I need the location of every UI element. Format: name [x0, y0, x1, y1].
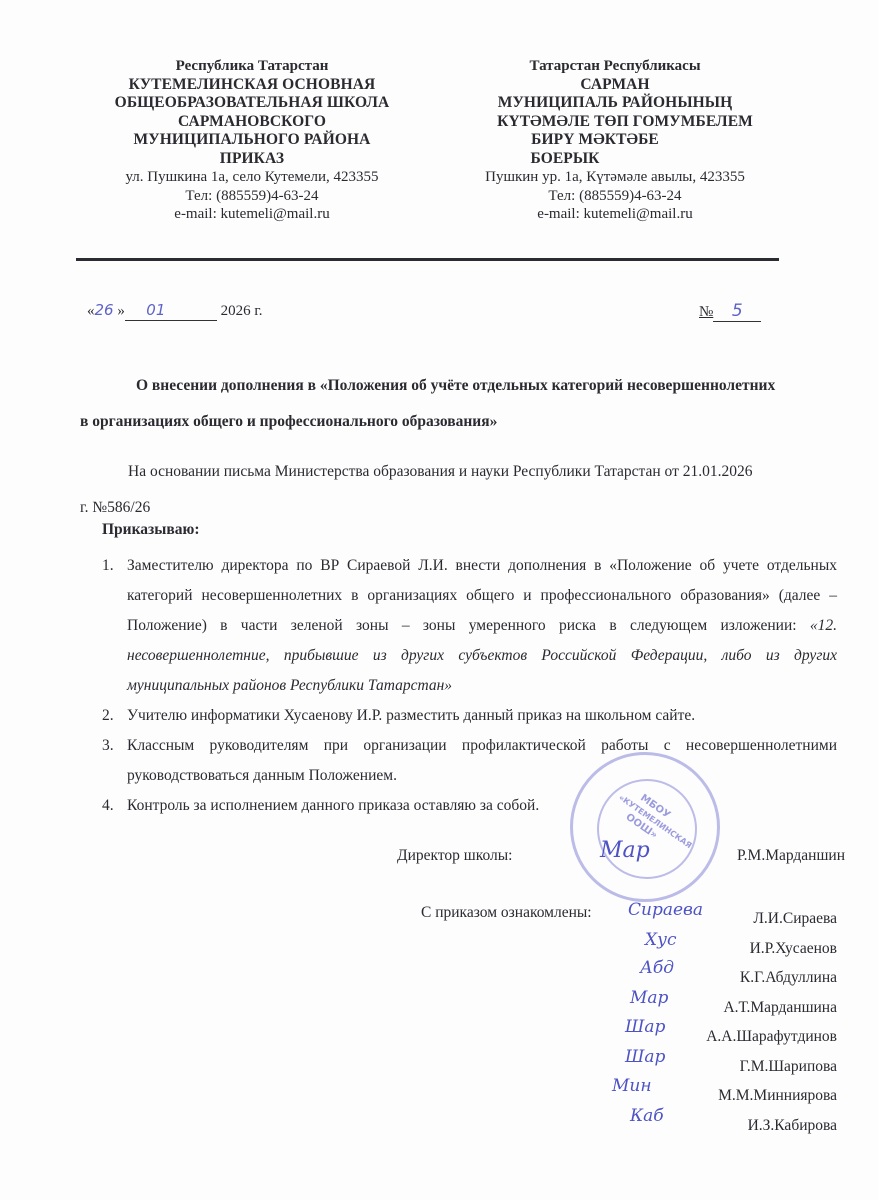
- ack-name: И.Р.Хусаенов: [706, 934, 837, 964]
- header-right: Татарстан Республикасы САРМАН МУНИЦИПАЛЬ…: [455, 57, 775, 224]
- item-text: Учителю информатики Хусаенову И.Р. разме…: [127, 707, 695, 724]
- date-day: 26: [95, 301, 114, 319]
- org-line: КҮТӘМӘЛЕ ТӨП ГОМУМБЕЛЕМ: [455, 113, 775, 132]
- order-items: 1. Заместителю директора по ВР Сираевой …: [102, 551, 837, 821]
- basis-line: На основании письма Министерства образов…: [80, 454, 840, 490]
- org-line: КУТЕМЕЛИНСКАЯ ОСНОВНАЯ: [92, 76, 412, 95]
- doc-type: БОЕРЫК: [455, 150, 775, 169]
- director-signature: Мар: [600, 838, 650, 863]
- order-item-2: 2. Учителю информатики Хусаенову И.Р. ра…: [102, 701, 837, 731]
- signature: Хус: [645, 930, 677, 950]
- email: e-mail: kutemeli@mail.ru: [92, 205, 412, 224]
- org-line: САРМАНОВСКОГО: [92, 113, 412, 132]
- phone: Тел: (885559)4-63-24: [455, 187, 775, 206]
- org-line: МУНИЦИПАЛЬНОГО РАЙОНА: [92, 131, 412, 150]
- phone: Тел: (885559)4-63-24: [92, 187, 412, 206]
- official-stamp: МБОУ «КУТЕМЕЛИНСКАЯ ООШ»: [570, 752, 720, 902]
- item-text: Контроль за исполнением данного приказа …: [127, 797, 539, 814]
- signature: Мин: [612, 1076, 652, 1096]
- number-field: 5: [713, 301, 761, 322]
- ack-name: И.З.Кабирова: [706, 1111, 837, 1141]
- item-number: 2.: [102, 701, 114, 731]
- org-line: БИРҮ МӘКТӘБЕ: [455, 131, 775, 150]
- email: e-mail: kutemeli@mail.ru: [455, 205, 775, 224]
- signature: Мар: [630, 988, 668, 1008]
- org-line: САРМАН: [455, 76, 775, 95]
- title-line: О внесении дополнения в «Положения об уч…: [80, 368, 840, 404]
- number-value: 5: [732, 301, 743, 321]
- signature: Шар: [625, 1017, 665, 1037]
- ack-name: Г.М.Шарипова: [706, 1052, 837, 1082]
- org-line: ОБЩЕОБРАЗОВАТЕЛЬНАЯ ШКОЛА: [92, 94, 412, 113]
- region-name: Республика Татарстан: [92, 57, 412, 76]
- acknowledged-list: Л.И.Сираева И.Р.Хусаенов К.Г.Абдуллина А…: [706, 904, 837, 1140]
- region-name: Татарстан Республикасы: [455, 57, 775, 76]
- org-line: МУНИЦИПАЛЬ РАЙОНЫНЫҢ: [455, 94, 775, 113]
- header-divider: [76, 258, 779, 261]
- ack-name: К.Г.Абдуллина: [706, 963, 837, 993]
- date-month: 01: [146, 301, 165, 319]
- item-number: 1.: [102, 551, 114, 581]
- ack-name: М.М.Минниярова: [706, 1081, 837, 1111]
- address: ул. Пушкина 1а, село Кутемели, 423355: [92, 168, 412, 187]
- doc-type: ПРИКАЗ: [92, 150, 412, 169]
- signature: Шар: [625, 1047, 665, 1067]
- header-left: Республика Татарстан КУТЕМЕЛИНСКАЯ ОСНОВ…: [92, 57, 412, 224]
- signature: Сираева: [628, 900, 703, 920]
- ack-name: А.А.Шарафутдинов: [706, 1022, 837, 1052]
- item-number: 4.: [102, 791, 114, 821]
- quote-open: «: [87, 303, 95, 319]
- item-text: Классным руководителям при организации п…: [127, 737, 837, 784]
- title-line: в организациях общего и профессиональног…: [80, 404, 840, 440]
- date-year: 2026 г.: [221, 303, 263, 319]
- number-label: №: [699, 304, 713, 320]
- order-date: «26 »01 2026 г.: [87, 301, 263, 321]
- signature: Абд: [640, 958, 674, 978]
- acknowledged-label: С приказом ознакомлены:: [421, 904, 592, 922]
- director-label: Директор школы:: [397, 847, 512, 865]
- signature: Каб: [630, 1106, 664, 1126]
- date-month-field: 01: [125, 301, 217, 321]
- ack-name: А.Т.Марданшина: [706, 993, 837, 1023]
- order-item-1: 1. Заместителю директора по ВР Сираевой …: [102, 551, 837, 701]
- address: Пушкин ур. 1а, Күтәмәле авылы, 423355: [455, 168, 775, 187]
- item-text: Заместителю директора по ВР Сираевой Л.И…: [127, 557, 837, 634]
- quote-close: »: [117, 303, 125, 319]
- order-word: Приказываю:: [102, 521, 200, 539]
- ack-name: Л.И.Сираева: [706, 904, 837, 934]
- director-name: Р.М.Марданшин: [737, 847, 845, 865]
- basis-paragraph: На основании письма Министерства образов…: [80, 454, 840, 526]
- order-item-3: 3. Классным руководителям при организаци…: [102, 731, 837, 791]
- order-item-4: 4. Контроль за исполнением данного прика…: [102, 791, 837, 821]
- order-number: №5: [699, 301, 761, 322]
- order-title: О внесении дополнения в «Положения об уч…: [80, 368, 840, 440]
- item-number: 3.: [102, 731, 114, 761]
